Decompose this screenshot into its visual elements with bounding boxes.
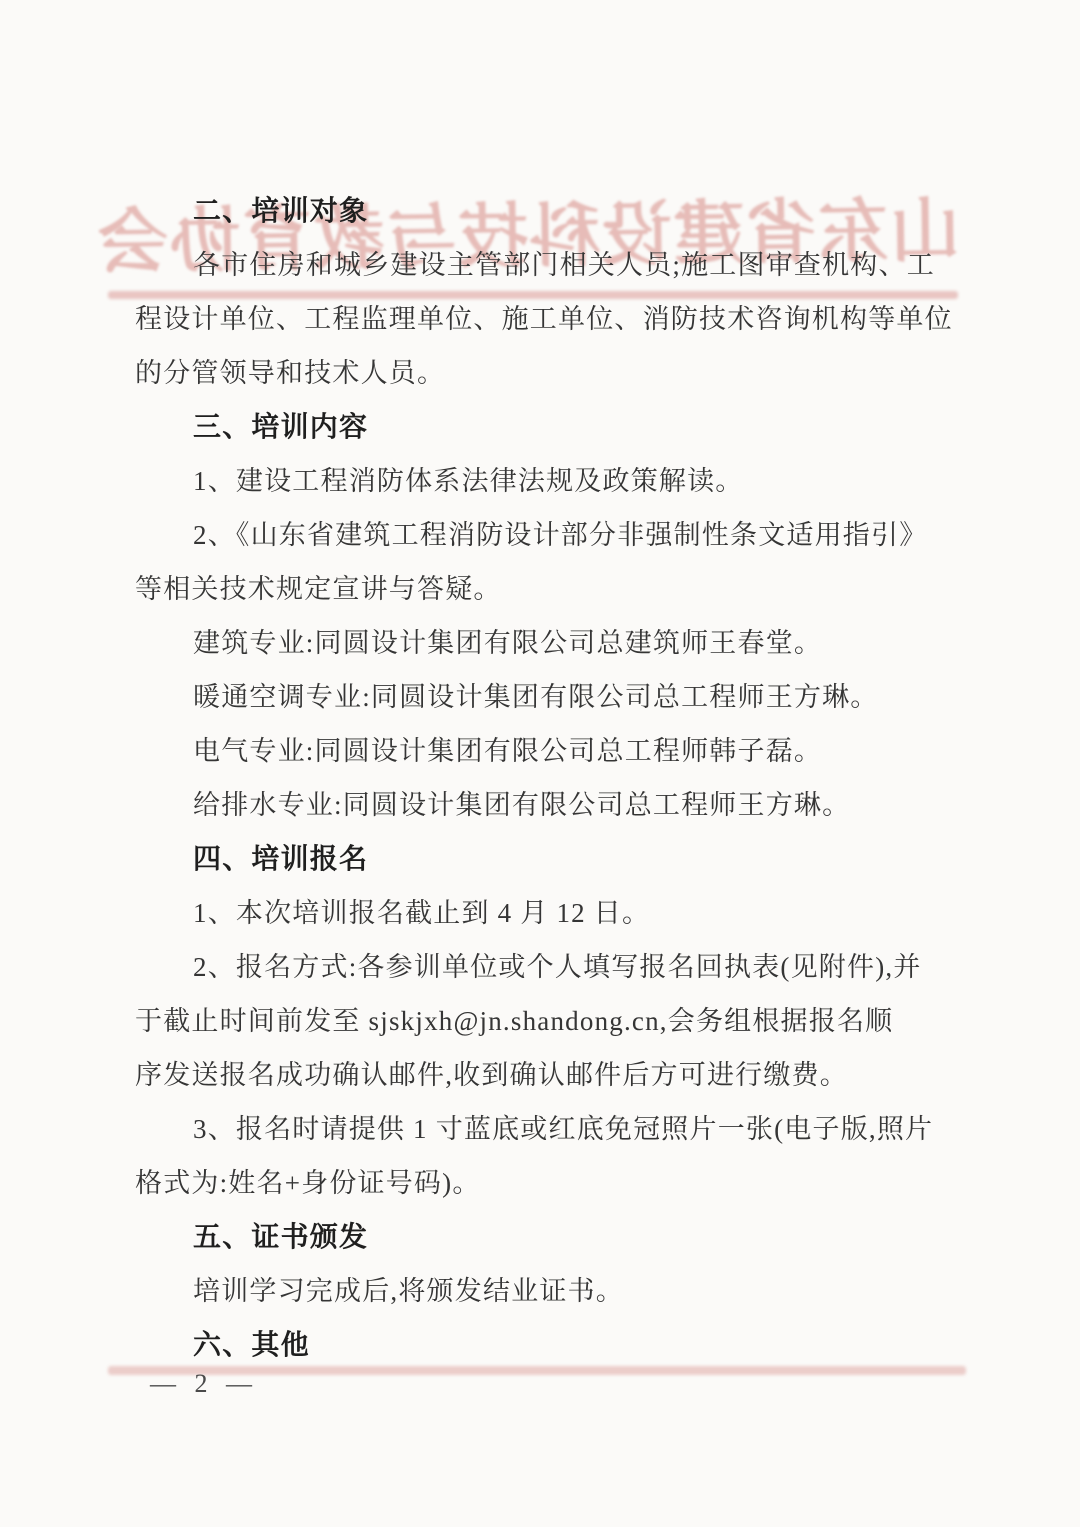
- page-number: — 2 —: [150, 1368, 258, 1400]
- document-line: 3、报名时请提供 1 寸蓝底或红底免冠照片一张(电子版,照片: [135, 1104, 957, 1158]
- document-line: 于截止时间前发至 sjskjxh@jn.shandong.cn,会务组根据报名顺: [135, 996, 957, 1050]
- document-line: 五、证书颁发: [135, 1212, 957, 1266]
- document-line: 二、培训对象: [135, 186, 957, 240]
- document-line: 序发送报名成功确认邮件,收到确认邮件后方可进行缴费。: [135, 1050, 957, 1104]
- document-line: 各市住房和城乡建设主管部门相关人员;施工图审查机构、工: [135, 240, 957, 294]
- document-line: 1、建设工程消防体系法律法规及政策解读。: [135, 456, 957, 510]
- document-line: 的分管领导和技术人员。: [135, 348, 957, 402]
- document-line: 格式为:姓名+身份证号码)。: [135, 1158, 957, 1212]
- document-page: 山东省建设科技与教育协会 二、培训对象各市住房和城乡建设主管部门相关人员;施工图…: [0, 0, 1080, 1527]
- document-line: 程设计单位、工程监理单位、施工单位、消防技术咨询机构等单位: [135, 294, 957, 348]
- document-line: 1、本次培训报名截止到 4 月 12 日。: [135, 888, 957, 942]
- document-body: 二、培训对象各市住房和城乡建设主管部门相关人员;施工图审查机构、工程设计单位、工…: [135, 186, 957, 1374]
- document-line: 三、培训内容: [135, 402, 957, 456]
- document-line: 等相关技术规定宣讲与答疑。: [135, 564, 957, 618]
- document-line: 电气专业:同圆设计集团有限公司总工程师韩子磊。: [135, 726, 957, 780]
- document-line: 给排水专业:同圆设计集团有限公司总工程师王方琳。: [135, 780, 957, 834]
- document-line: 2、《山东省建筑工程消防设计部分非强制性条文适用指引》: [135, 510, 957, 564]
- document-line: 四、培训报名: [135, 834, 957, 888]
- document-line: 暖通空调专业:同圆设计集团有限公司总工程师王方琳。: [135, 672, 957, 726]
- document-line: 建筑专业:同圆设计集团有限公司总建筑师王春堂。: [135, 618, 957, 672]
- document-line: 培训学习完成后,将颁发结业证书。: [135, 1266, 957, 1320]
- document-line: 2、报名方式:各参训单位或个人填写报名回执表(见附件),并: [135, 942, 957, 996]
